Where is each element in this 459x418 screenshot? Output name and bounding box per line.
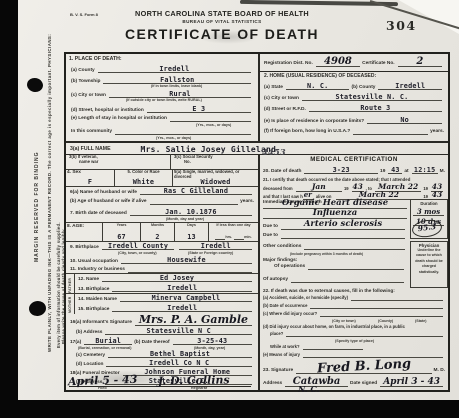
home-street-row: (d) Street or R.F.D. Route 3 [264, 105, 444, 112]
father-birthplace-value: Iredell [167, 285, 197, 292]
margin-write-plainly-note: WRITE PLAINLY, WITH UNFADING INK—THIS IS… [47, 34, 52, 352]
home-corporate-value: No [400, 117, 409, 124]
place-county-row: (a) County Iredell [71, 66, 253, 73]
cemetery-label: (c) Cemetery [76, 353, 105, 359]
paper: MARGIN RESERVED FOR BINDING WRITE PLAINL… [18, 0, 459, 400]
injury-where-line [320, 316, 443, 317]
certificate-number-label: Certificate No. [362, 61, 395, 67]
mother-strip: MOTHER [66, 294, 75, 314]
mother-birthplace-line: Iredell [112, 305, 252, 312]
injury-place-line [286, 336, 443, 337]
burial-method-value: Burial [95, 338, 121, 345]
home-foreign-suffix: years. [430, 129, 444, 135]
place-community-row: In this community [71, 129, 253, 135]
mother-birthplace-value: Iredell [167, 305, 197, 312]
birthdate-value: Jan. 10.1876 [165, 209, 217, 216]
physician-signature-label: 23. Signature [263, 368, 293, 374]
full-name-label: 3(a) FULL NAME [70, 147, 111, 153]
mother-name-label: 14. Maiden Name [78, 297, 117, 303]
spouse-age-line [150, 204, 239, 205]
date-of-death-line: 3-23 [304, 167, 378, 174]
place-township-note: (If in town limits, leave blank) [151, 85, 202, 89]
mother-name-row: 14. Maiden Name Minerva Campbell [78, 295, 254, 302]
place-township-value: Fallston [160, 77, 194, 84]
injury-where-row: (c) Where did injury occur? [263, 312, 445, 317]
autopsy-row: Of autopsy [263, 277, 406, 283]
medical-certification-heading: MEDICAL CERTIFICATION [260, 156, 448, 163]
sex-label: 4. Sex [67, 170, 81, 176]
place-county-label: (a) County [71, 68, 95, 74]
birthplace-city-line: Iredell County [102, 243, 175, 250]
certificate-number-value: 2 [416, 57, 423, 66]
physician-address-state: N. C. [298, 386, 319, 393]
due-to-1-row: Due to Arterio sclerosis [263, 221, 407, 230]
injury-place-label-2: place? [270, 332, 283, 337]
cemetery-location-value: Iredell Co N C [149, 360, 209, 367]
home-street-value: Route 3 [360, 105, 390, 112]
occupation-row: 10. Usual occupation Housewife [70, 257, 254, 264]
marital-value: Widowed [200, 179, 230, 186]
informant-address-row: (b) Address Statesville N C [76, 328, 254, 335]
place-stay-line [170, 121, 251, 122]
home-county-line: Iredell [378, 83, 442, 90]
father-name-value: Ed Josey [160, 275, 194, 282]
filed-caption: Filed [98, 387, 107, 391]
sex-value: F [88, 179, 92, 186]
father-strip: FATHER [66, 274, 75, 294]
operations-row: Of operations [274, 264, 406, 270]
place-community-line [115, 134, 251, 135]
mother-birthplace-label: 15. Birthplace [78, 307, 109, 313]
while-at-work-line [303, 349, 363, 350]
age-months-label: Months [151, 224, 164, 228]
injury-where-label: (c) Where did injury occur? [263, 312, 317, 317]
place-street-label: (d) Street, hospital or institution [71, 108, 144, 114]
due-to-1-value: Arterio sclerosis [304, 221, 382, 229]
place-stay-row: (e) Length of stay in hospital or instit… [71, 116, 253, 122]
burial-date-value: 3-25-43 [197, 338, 227, 345]
race-cell: 5. Color or Race White [114, 169, 172, 186]
external-causes-heading: 22. If death was due to external causes,… [263, 288, 395, 293]
spouse-age-label: (b) Age of husband or wife if alive [70, 199, 147, 205]
home-heading: 2. HOME (USUAL RESIDENCE) OF DECEASED: [264, 74, 376, 80]
margin-binding-note: MARGIN RESERVED FOR BINDING [34, 151, 40, 262]
date-signed-label: Date signed [350, 381, 377, 387]
form-number: B. V. S. Form 8 [70, 13, 98, 18]
place-community-label: In this community [71, 129, 112, 135]
occurrence-date-row: (b) Date of occurrence [263, 304, 445, 309]
registration-district-label: Registration Dist. No. [264, 61, 313, 67]
father-birthplace-line: Iredell [112, 285, 252, 292]
home-corporate-row: (e) Is place of residence in corporate l… [264, 117, 444, 124]
home-state-line: N. C. [286, 83, 350, 90]
registration-rule [259, 71, 448, 72]
race-label: 5. Color or Race [127, 170, 159, 175]
dod-year-line: 43 [388, 167, 402, 174]
father-name-row: 12. Name Ed Josey [78, 275, 254, 282]
header-titles: NORTH CAROLINA STATE BOARD OF HEALTH BUR… [106, 9, 338, 42]
place-community-note: (Yrs., mos., or days) [156, 137, 191, 141]
age-hrs-line [215, 239, 225, 240]
injury-place-note: (Specify type of place) [335, 340, 374, 344]
home-city-value: Statesville N. C. [335, 94, 408, 101]
registrar-caption: Registrar [191, 387, 207, 391]
birthplace-label: 9. Birthplace [70, 245, 99, 251]
race-value: White [133, 179, 154, 186]
board-title: NORTH CAROLINA STATE BOARD OF HEALTH [106, 9, 338, 18]
ssn-label-2: No. [184, 160, 255, 165]
dod-time-line: 12:15 [412, 167, 438, 174]
age-days-value: 13 [187, 234, 196, 241]
means-of-injury-label: (e) Means of injury [263, 353, 300, 358]
cause-1-value: Organic Heart disease [282, 200, 388, 208]
veteran-ssn-row: 3(b) If veteran, name war 3(c) Social Se… [66, 154, 258, 170]
spouse-row: 6(a) Name of husband or wife Ras C Gille… [70, 188, 254, 195]
saw-year-value: 43 [432, 192, 442, 199]
mother-name-value: Minerva Campbell [152, 295, 221, 302]
informant-row: 16(a) Informant's Signature Mrs. P. A. G… [70, 315, 254, 326]
home-foreign-label: (f) If foreign born, how long in U.S.A.? [264, 129, 350, 135]
birthdate-line: Jan. 10.1876 [130, 209, 252, 216]
place-stay-label: (e) Length of stay in hospital or instit… [71, 116, 167, 122]
industry-label: 11. Industry or business [70, 267, 125, 273]
full-name-value: Mrs. Sallie Josey Gilleland [141, 146, 276, 154]
physician-box-body: Underline the cause to which death shoul… [412, 248, 446, 275]
duration-label: Duration [411, 201, 447, 206]
punch-hole-top [26, 76, 45, 93]
spouse-age-row: (b) Age of husband or wife if alive year… [70, 199, 254, 205]
physician-address-label: Address [263, 381, 282, 387]
certificate-form: 1. PLACE OF DEATH: (a) County Iredell (b… [64, 52, 450, 392]
mother-block: MOTHER 14. Maiden Name Minerva Campbell … [66, 293, 258, 314]
informant-address-label: (b) Address [76, 330, 102, 336]
age-years-label: Years [117, 224, 127, 228]
place-stay-note: (Yrs., mos., or days) [196, 124, 231, 128]
age-label: 8. AGE: [67, 224, 84, 230]
age-months-value: 2 [155, 234, 159, 241]
date-signed-line: April 3 - 43 [380, 378, 443, 387]
death-certificate-scan: MARGIN RESERVED FOR BINDING WRITE PLAINL… [0, 0, 459, 418]
due-to-2-row: Due to [263, 233, 407, 239]
father-side-label: FATHER [68, 278, 72, 293]
while-at-work-label: While at work? [270, 345, 300, 350]
date-of-death-value: 3-23 [333, 167, 350, 174]
age-days-label: Days [187, 224, 196, 228]
top-column-divider [258, 54, 260, 141]
place-street-row: (d) Street, hospital or institution E 3 [71, 106, 253, 113]
home-foreign-line [353, 134, 428, 135]
duration-1-line: 3 mos [413, 209, 444, 216]
cause-2-line: Influenza [263, 210, 407, 219]
veteran-cell: 3(b) If veteran, name war [66, 154, 170, 169]
age-min-line [234, 239, 244, 240]
injury-where-note-state: (State) [415, 320, 426, 324]
place-township-label: (b) Township [71, 79, 100, 85]
sex-race-marital-row: 4. Sex F 5. Color or Race White 5(a) Sin… [66, 169, 258, 187]
burial-date-label: (b) Date thereof [134, 340, 169, 346]
medical-column: 4453 MEDICAL CERTIFICATION 20. Date of d… [260, 154, 448, 390]
informant-address-line: Statesville N C [105, 328, 252, 335]
physician-box: Physician Underline the cause to which d… [410, 241, 448, 288]
occupation-value: Housewife [167, 257, 206, 264]
burial-row: 17(a) Burial (b) Date thereof 3-25-43 [70, 338, 254, 345]
occupation-label: 10. Usual occupation [70, 259, 118, 265]
age-years-cell: Years 67 [102, 223, 140, 241]
operations-label: Of operations [274, 264, 305, 270]
place-county-line: Iredell [98, 66, 251, 73]
cemetery-line: Bethel Baptist [108, 351, 252, 358]
accident-row: (a) Accident, suicide, or homicide (spec… [263, 296, 445, 301]
autopsy-line [291, 282, 404, 283]
accident-line [351, 300, 443, 301]
home-state-county-row: (a) State N. C. (b) County Iredell [264, 83, 444, 90]
major-findings-label: Major findings: [263, 258, 297, 264]
age-less-cell: If less than one day hrs. min. [208, 223, 258, 241]
punch-hole-bottom [28, 300, 47, 317]
attended-from-line: Jan [296, 184, 342, 192]
operations-line [308, 269, 404, 270]
other-conditions-line [304, 249, 405, 250]
age-hrs-label: hrs. [225, 236, 232, 240]
home-city-line: Statesville N. C. [302, 94, 442, 101]
full-name-row: 3(a) FULL NAME Mrs. Sallie Josey Gillela… [70, 143, 444, 153]
spouse-label: 6(a) Name of husband or wife [70, 190, 137, 196]
burial-date-line: 3-25-43 [173, 338, 252, 345]
accident-label: (a) Accident, suicide, or homicide (spec… [263, 296, 348, 301]
informant-line: Mrs. P. A. Gamble [135, 315, 252, 326]
sex-cell: 4. Sex F [66, 169, 114, 186]
cemetery-location-label: (d) Location [76, 362, 103, 368]
father-birthplace-row: 13. Birthplace Iredell [78, 285, 254, 292]
dod-19-prefix: 19 [380, 169, 385, 175]
dod-m-label: M. [440, 169, 445, 175]
injury-place-label-1: (d) Did injury occur about home, on farm… [263, 325, 405, 330]
dod-year-value: 43 [391, 167, 400, 174]
bureau-subtitle: BUREAU OF VITAL STATISTICS [106, 19, 338, 24]
due-to-1-line: Arterio sclerosis [281, 221, 405, 230]
occupation-line: Housewife [121, 257, 252, 264]
home-corporate-label: (e) Is place of residence in corporate l… [264, 119, 364, 125]
place-county-value: Iredell [159, 66, 189, 73]
registrar-signature: J. D. Collins [158, 375, 230, 386]
place-city-value: Rural [169, 91, 190, 98]
ssn-cell: 3(c) Social Security No. [170, 154, 258, 169]
duration-1-value: 3 mos [417, 209, 440, 215]
mother-side-label: MOTHER [68, 297, 72, 314]
informant-address-value: Statesville N C [147, 328, 211, 335]
other-conditions-row: Other conditions [263, 244, 407, 250]
birthplace-state-line: Iredell [179, 243, 252, 250]
registration-district-value: 4908 [324, 57, 352, 66]
place-of-death-heading: 1. PLACE OF DEATH: [69, 57, 122, 63]
other-conditions-label: Other conditions [263, 244, 301, 250]
cemetery-value: Bethel Baptist [150, 351, 210, 358]
stamp-number: 304 [386, 18, 417, 33]
birthplace-state-value: Iredell [201, 243, 231, 250]
home-county-value: Iredell [395, 83, 425, 90]
home-street-label: (d) Street or R.F.D. [264, 107, 306, 113]
injury-place-row: place? [270, 332, 445, 337]
home-city-label: (c) City or town [264, 96, 299, 102]
physician-signature-value: Fred B. Long [317, 359, 412, 376]
home-state-label: (a) State [264, 85, 283, 91]
registration-row: Registration Dist. No. 4908 Certificate … [264, 57, 444, 67]
means-of-injury-row: (e) Means of injury [263, 353, 445, 358]
physician-address-row: Address Catawba Date signed April 3 - 43 [263, 376, 445, 387]
cause-2-value: Influenza [313, 210, 357, 218]
father-name-label: 12. Name [78, 277, 99, 283]
industry-row: 11. Industry or business [70, 267, 254, 273]
spouse-line: Ras C Gilleland [140, 188, 252, 195]
home-state-value: N. C. [307, 83, 328, 90]
home-city-row: (c) City or town Statesville N. C. [264, 94, 444, 101]
home-county-label: (b) County [351, 85, 375, 91]
birthdate-label: 7. Birth date of deceased [70, 211, 127, 217]
burial-item-label: 17(a) [70, 340, 81, 346]
father-birthplace-label: 13. Birthplace [78, 287, 109, 293]
place-city-note: (If outside city or town limits, write R… [126, 99, 202, 103]
birthplace-row: 9. Birthplace Iredell County Iredell [70, 243, 254, 250]
marital-cell: 5(a) Single, married, widowed, or divorc… [172, 169, 258, 186]
certificate-number-line: 2 [398, 57, 442, 67]
date-signed-value: April 3 - 43 [383, 378, 440, 386]
birthplace-city-value: Iredell County [108, 243, 168, 250]
spouse-age-suffix: years. [240, 199, 254, 205]
due-to-1-label: Due to [263, 224, 278, 230]
spouse-value: Ras C Gilleland [164, 188, 228, 195]
age-less-label: If less than one day [216, 224, 250, 228]
attended-from-value: Jan [312, 184, 326, 191]
age-row: 8. AGE: Years 67 Months 2 Days 13 [66, 222, 258, 242]
date-of-death-row: 20. Date of death 3-23 19 43 at 12:15 M. [263, 167, 445, 174]
physician-signature-row: 23. Signature Fred B. Long M. D. [263, 362, 445, 374]
place-street-line: E 3 [147, 106, 251, 113]
father-block: FATHER 12. Name Ed Josey 13. Birthplace … [66, 273, 258, 294]
registration-district-line: 4908 [316, 57, 360, 67]
home-foreign-row: (f) If foreign born, how long in U.S.A.?… [264, 129, 444, 135]
age-min-label: min. [244, 236, 252, 240]
father-name-line: Ed Josey [102, 275, 252, 282]
due-to-2-line [281, 238, 405, 239]
statistical-code-value: 95.3 [417, 224, 436, 233]
dod-time-value: 12:15 [414, 167, 435, 174]
place-street-value: E 3 [192, 106, 205, 113]
physician-signature-line: Fred B. Long [296, 361, 431, 374]
cemetery-location-line: Iredell Co N C [106, 360, 252, 367]
burial-method-line: Burial [84, 338, 132, 345]
age-months-cell: Months 2 [140, 223, 174, 241]
other-conditions-note: (Include pregnancy within 3 months of de… [290, 253, 363, 256]
date-of-death-label: 20. Date of death [263, 169, 301, 175]
age-years-value: 67 [117, 234, 126, 241]
cemetery-row: (c) Cemetery Bethel Baptist [76, 351, 254, 358]
veteran-label-2: name war [79, 160, 167, 165]
occurrence-date-label: (b) Date of occurrence [263, 304, 307, 309]
place-city-label: (c) City or town [71, 93, 106, 99]
certificate-title: CERTIFICATE OF DEATH [106, 26, 338, 42]
left-column: 3(b) If veteran, name war 3(c) Social Se… [66, 154, 258, 390]
due-to-2-label: Due to [263, 233, 278, 239]
md-label: M. D. [434, 368, 445, 374]
age-days-cell: Days 13 [174, 223, 208, 241]
home-corporate-line: No [367, 117, 442, 124]
informant-label: 16(a) Informant's Signature [70, 320, 132, 326]
mother-birthplace-row: 15. Birthplace Iredell [78, 305, 254, 312]
autopsy-label: Of autopsy [263, 277, 288, 283]
dod-at-label: at [404, 169, 408, 175]
mother-name-line: Minerva Campbell [120, 295, 252, 302]
while-at-work-row: While at work? [270, 345, 365, 350]
informant-signature: Mrs. P. A. Gamble [139, 315, 248, 325]
age-label-cell: 8. AGE: [66, 223, 102, 241]
occurrence-date-line [310, 308, 443, 309]
birthdate-row: 7. Birth date of deceased Jan. 10.1876 [70, 209, 254, 216]
birthplace-note-1: (City, town, or county) [118, 252, 157, 256]
home-street-line: Route 3 [309, 105, 442, 112]
certify-line-2: deceased from Jan 19 43 , to March 22 19… [263, 184, 445, 192]
cemetery-location-row: (d) Location Iredell Co N C [76, 360, 254, 367]
